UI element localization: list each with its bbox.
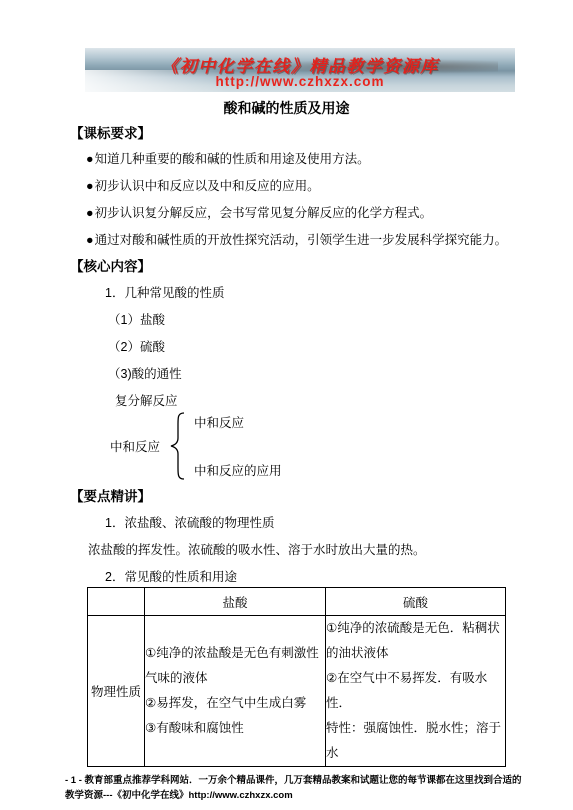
requirement-item: ●初步认识复分解反应，会书写常见复分解反应的化学方程式。 (86, 205, 573, 221)
cell-line: ①纯净的浓盐酸是无色有刺激性气味的液体 (145, 641, 325, 691)
section-heading-core: 【核心内容】 (70, 259, 573, 275)
table-header-empty (88, 588, 145, 616)
left-brace-icon (170, 412, 186, 483)
core-list: 1．几种常见酸的性质 （1）盐酸 （2）硫酸 （3)酸的通性 复分解反应 (70, 285, 573, 409)
cell-line: ①纯净的浓硫酸是无色．粘稠状的油状液体 (326, 616, 505, 666)
cell-h2so4-physical: ①纯净的浓硫酸是无色．粘稠状的油状液体 ②在空气中不易挥发．有吸水性． 特性：强… (326, 616, 506, 767)
footer-text: - 1 - 教育部重点推荐学科网站．一万余个精品课件，几万套精品教案和试题让您的… (65, 775, 522, 801)
site-banner-image[interactable]: 《初中化学在线》精品教学资源库 http://www.czhxzx.com (85, 48, 515, 92)
cell-line: ②易挥发，在空气中生成白雾 (145, 691, 325, 716)
diagram-branch: 中和反应的应用 (194, 463, 282, 479)
acids-properties-table: 盐酸 硫酸 物理性质 ①纯净的浓盐酸是无色有刺激性气味的液体 ②易挥发，在空气中… (87, 587, 506, 767)
neutralization-brace-diagram: 中和反应 中和反应 中和反应的应用 (110, 413, 573, 481)
keypoint-item-2: 2．常见酸的性质和用途 (105, 569, 573, 585)
bullet-icon: ● (86, 206, 94, 220)
table-header-h2so4: 硫酸 (326, 588, 506, 616)
table-header-hcl: 盐酸 (145, 588, 326, 616)
table-row: 物理性质 ①纯净的浓盐酸是无色有刺激性气味的液体 ②易挥发，在空气中生成白雾 ③… (88, 616, 506, 767)
requirement-item: ●知道几种重要的酸和碱的性质和用途及使用方法。 (86, 151, 573, 167)
requirement-text: 初步认识中和反应以及中和反应的应用。 (95, 179, 320, 193)
cell-line: ②在空气中不易挥发．有吸水性． (326, 666, 505, 716)
cell-line: ③有酸味和腐蚀性 (145, 716, 325, 741)
bullet-icon: ● (86, 152, 94, 166)
bullet-icon: ● (86, 233, 94, 247)
requirement-item: ●初步认识中和反应以及中和反应的应用。 (86, 178, 573, 194)
core-item: （2）硫酸 (108, 339, 573, 355)
diagram-branches: 中和反应 中和反应的应用 (194, 415, 282, 479)
page-footer: - 1 - 教育部重点推荐学科网站．一万余个精品课件，几万套精品教案和试题让您的… (65, 773, 523, 803)
core-item: （3)酸的通性 (108, 366, 573, 382)
cell-hcl-physical: ①纯净的浓盐酸是无色有刺激性气味的液体 ②易挥发，在空气中生成白雾 ③有酸味和腐… (145, 616, 326, 767)
core-item: 1．几种常见酸的性质 (105, 285, 573, 301)
diagram-label: 中和反应 (110, 439, 160, 455)
row-label-physical: 物理性质 (88, 616, 145, 767)
section-heading-keypoints: 【要点精讲】 (70, 489, 573, 505)
diagram-branch: 中和反应 (194, 415, 282, 431)
cell-line: 特性：强腐蚀性．脱水性；溶于水 (326, 716, 505, 766)
requirements-list: ●知道几种重要的酸和碱的性质和用途及使用方法。 ●初步认识中和反应以及中和反应的… (86, 151, 573, 248)
keypoint-paragraph: 浓盐酸的挥发性。浓硫酸的吸水性、溶于水时放出大量的热。 (88, 542, 573, 558)
table-header-row: 盐酸 硫酸 (88, 588, 506, 616)
core-item: 复分解反应 (115, 393, 573, 409)
banner-site-url: http://www.czhxzx.com (85, 74, 515, 89)
page-title: 酸和碱的性质及用途 (0, 100, 573, 116)
document-page: 《初中化学在线》精品教学资源库 http://www.czhxzx.com 酸和… (0, 0, 573, 810)
requirement-text: 通过对酸和碱性质的开放性探究活动，引领学生进一步发展科学探究能力。 (95, 233, 508, 247)
keypoint-item-1: 1．浓盐酸、浓硫酸的物理性质 (105, 515, 573, 531)
core-item: （1）盐酸 (108, 312, 573, 328)
bullet-icon: ● (86, 179, 94, 193)
requirement-item: ●通过对酸和碱性质的开放性探究活动，引领学生进一步发展科学探究能力。 (86, 232, 573, 248)
requirement-text: 初步认识复分解反应，会书写常见复分解反应的化学方程式。 (95, 206, 433, 220)
requirement-text: 知道几种重要的酸和碱的性质和用途及使用方法。 (95, 152, 370, 166)
section-heading-requirements: 【课标要求】 (70, 126, 573, 142)
